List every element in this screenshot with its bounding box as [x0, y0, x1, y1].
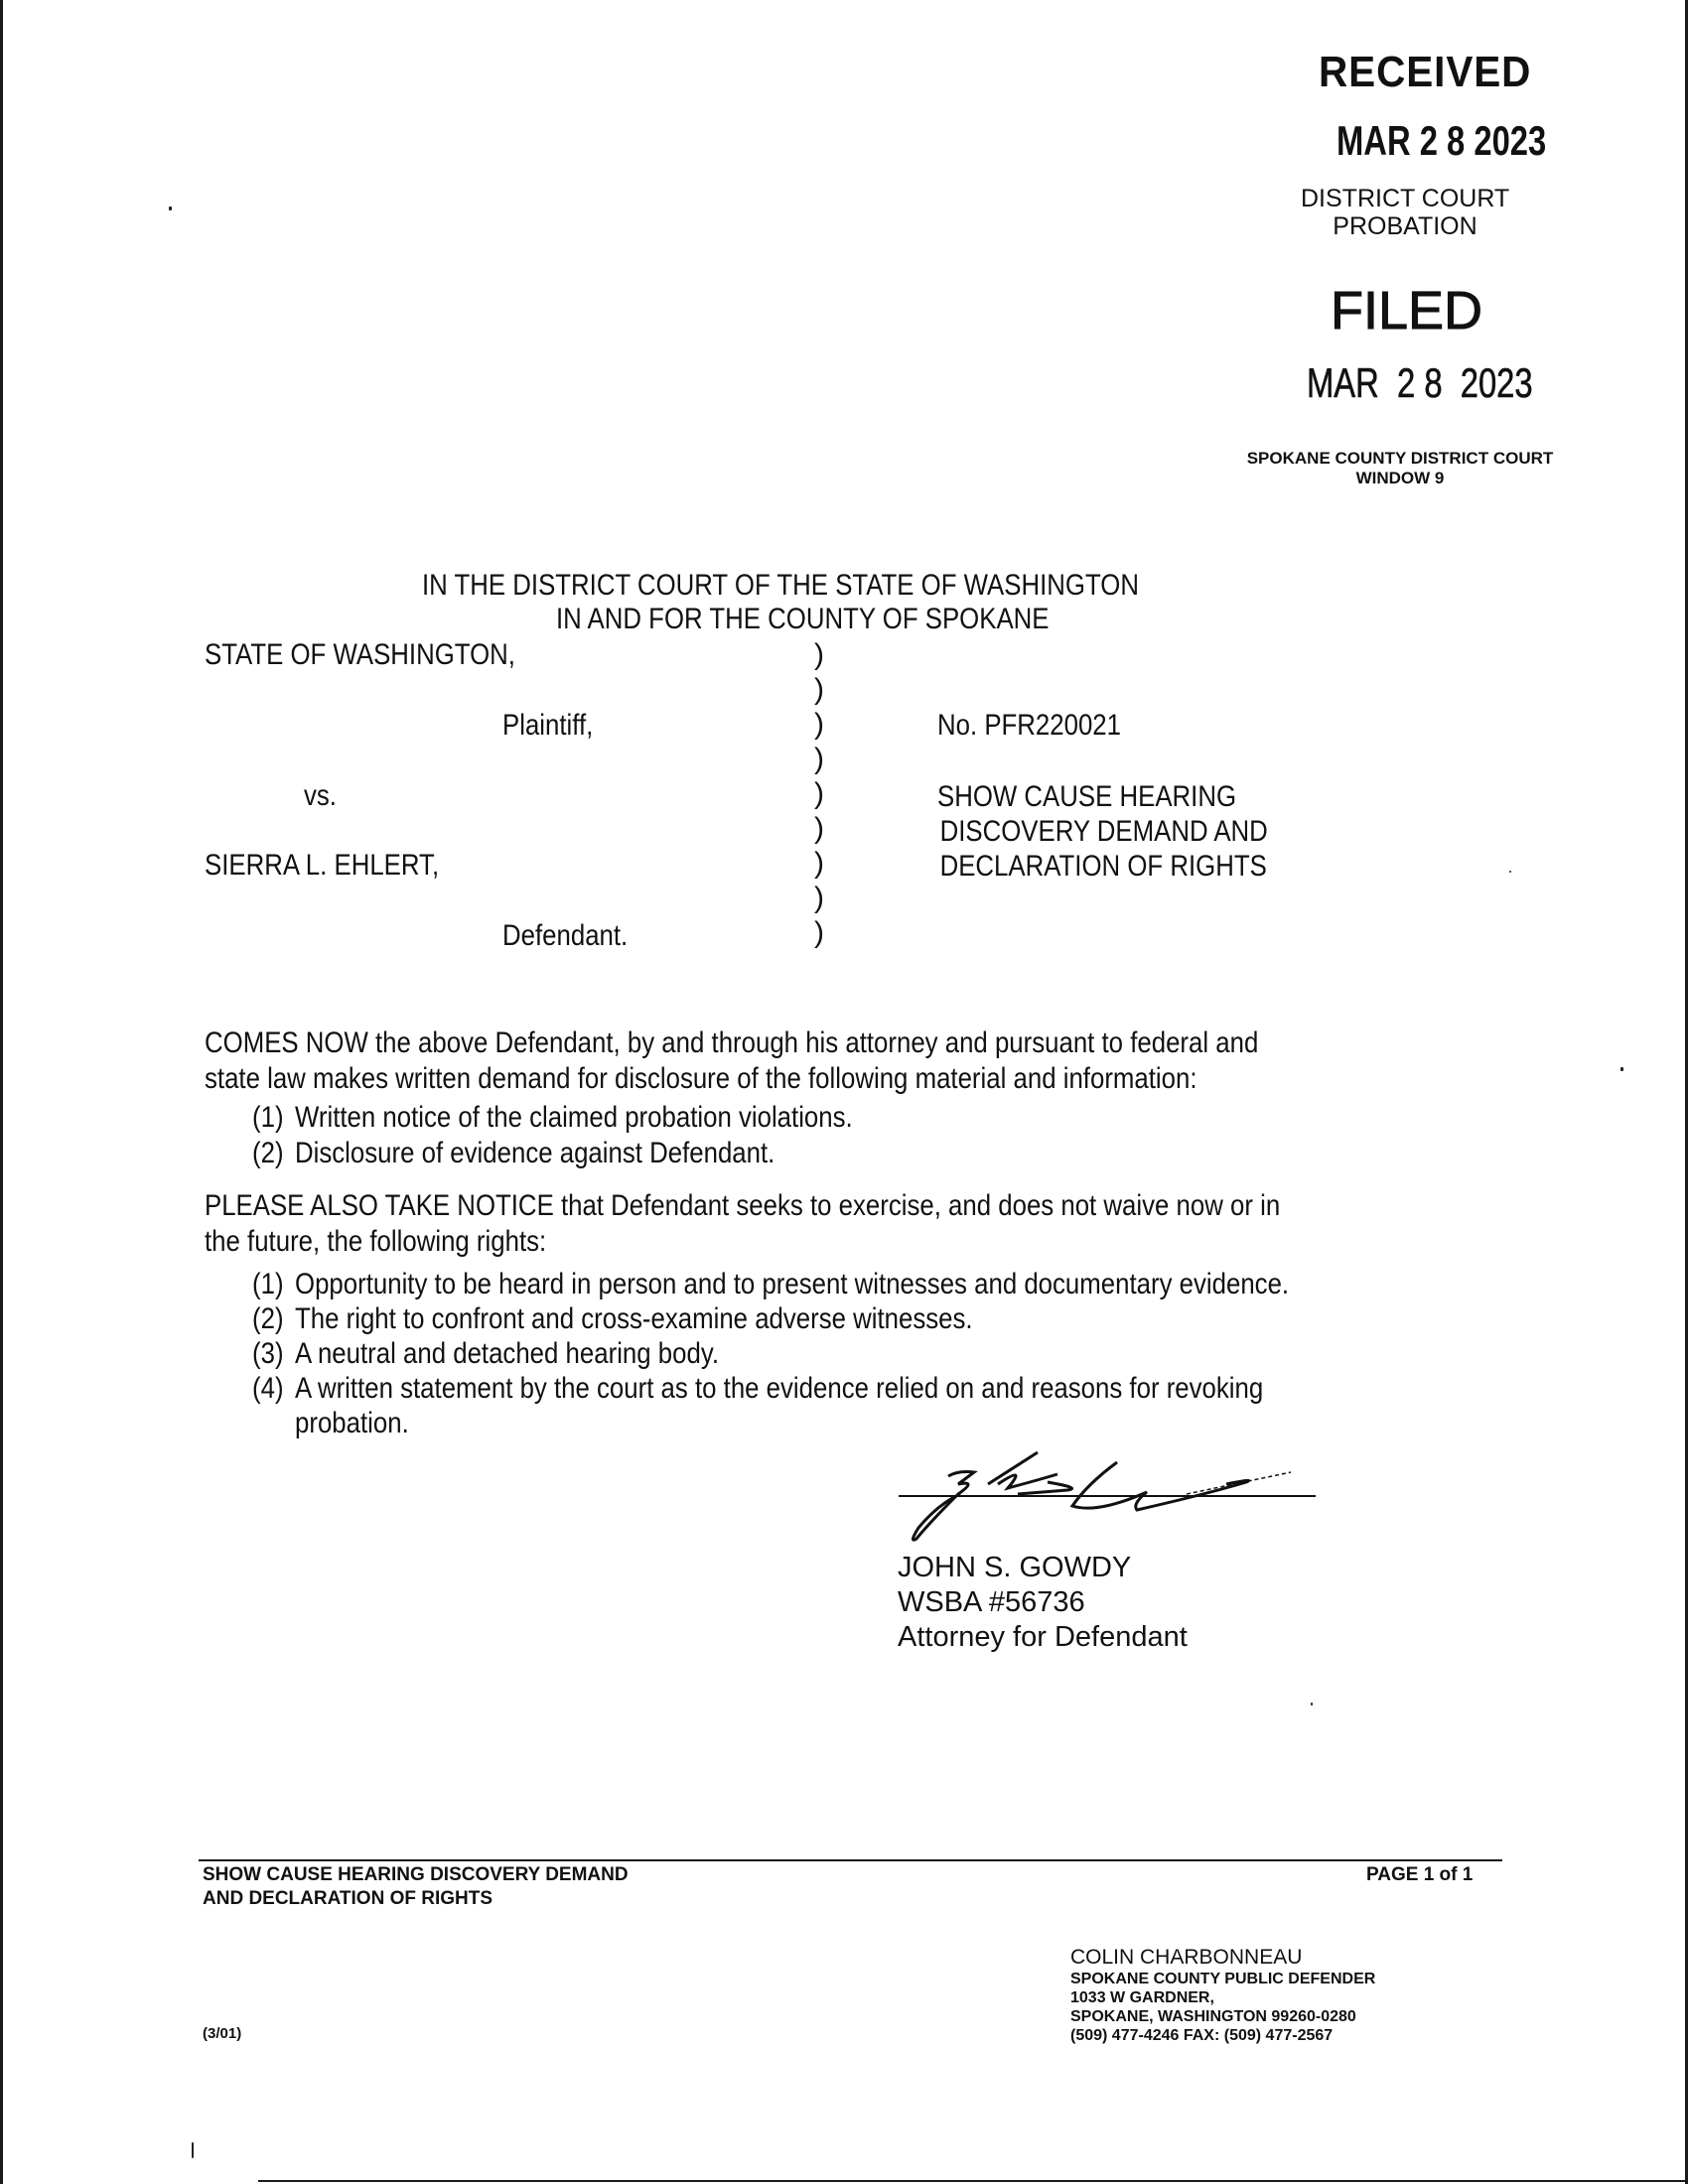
document-title-line2: DISCOVERY DEMAND AND — [937, 814, 1268, 849]
received-stamp-date: MAR 2 8 2023 — [1336, 117, 1546, 165]
page-edge-left — [0, 0, 3, 2184]
footer-title-line1: SHOW CAUSE HEARING DISCOVERY DEMAND — [203, 1863, 629, 1887]
scan-speck — [192, 2142, 194, 2158]
attorney-bar-number: WSBA #56736 — [898, 1585, 1188, 1620]
office-title: SPOKANE COUNTY PUBLIC DEFENDER — [1070, 1970, 1375, 1988]
scan-speck — [1620, 1067, 1623, 1071]
demand-list: (1)Written notice of the claimed probati… — [252, 1100, 853, 1171]
demand-paragraph-line1: COMES NOW the above Defendant, by and th… — [205, 1025, 1258, 1061]
signature-icon — [889, 1444, 1326, 1544]
rights-item-continuation: probation. — [252, 1406, 1289, 1440]
rights-list: (1)Opportunity to be heard in person and… — [252, 1267, 1289, 1440]
notice-paragraph: PLEASE ALSO TAKE NOTICE that Defendant s… — [205, 1188, 1280, 1260]
document-title-line3: DECLARATION OF RIGHTS — [937, 849, 1268, 884]
footer-document-title: SHOW CAUSE HEARING DISCOVERY DEMAND AND … — [203, 1863, 629, 1911]
caption-paren: ) — [814, 811, 824, 846]
defendant-role: Defendant. — [502, 919, 628, 953]
office-address-line2: SPOKANE, WASHINGTON 99260-0280 — [1070, 2007, 1375, 2026]
rights-item: (3)A neutral and detached hearing body. — [252, 1336, 1289, 1371]
received-stamp-line1: DISTRICT COURT — [1301, 185, 1509, 212]
attorney-name: JOHN S. GOWDY — [898, 1551, 1188, 1585]
notice-paragraph-line2: the future, the following rights: — [205, 1224, 1280, 1260]
caption-paren: ) — [814, 707, 824, 742]
page-edge-bottom — [258, 2180, 1688, 2182]
filed-stamp-date: MAR 2 8 2023 — [1307, 359, 1533, 407]
plaintiff-role: Plaintiff, — [502, 709, 593, 743]
caption-paren: ) — [814, 915, 824, 950]
scan-speck — [169, 206, 172, 210]
versus-label: vs. — [304, 779, 337, 813]
rights-item: (1)Opportunity to be heard in person and… — [252, 1267, 1289, 1301]
attorney-role: Attorney for Defendant — [898, 1620, 1188, 1655]
received-stamp-dept: DISTRICT COURT PROBATION — [1301, 185, 1509, 240]
public-defender-office: COLIN CHARBONNEAU SPOKANE COUNTY PUBLIC … — [1070, 1946, 1375, 2045]
caption-paren: ) — [814, 637, 824, 672]
filed-stamp-location: SPOKANE COUNTY DISTRICT COURT WINDOW 9 — [1221, 449, 1579, 488]
caption-paren: ) — [814, 776, 824, 811]
form-code: (3/01) — [203, 2025, 241, 2042]
caption-paren: ) — [814, 881, 824, 915]
rights-item: (4)A written statement by the court as t… — [252, 1371, 1289, 1406]
demand-paragraph: COMES NOW the above Defendant, by and th… — [205, 1025, 1258, 1097]
scan-speck — [1311, 1703, 1313, 1706]
filed-stamp-line1: SPOKANE COUNTY DISTRICT COURT — [1221, 449, 1579, 469]
caption-paren: ) — [814, 846, 824, 881]
document-title-line1: SHOW CAUSE HEARING — [937, 779, 1268, 814]
page-number: PAGE 1 of 1 — [1366, 1863, 1473, 1887]
footer-rule — [199, 1859, 1502, 1861]
demand-paragraph-line2: state law makes written demand for discl… — [205, 1061, 1258, 1097]
case-number: No. PFR220021 — [937, 709, 1121, 743]
attorney-info: JOHN S. GOWDY WSBA #56736 Attorney for D… — [898, 1551, 1188, 1655]
office-director-name: COLIN CHARBONNEAU — [1070, 1946, 1375, 1970]
received-stamp-title: RECEIVED — [1319, 48, 1531, 97]
notice-paragraph-line1: PLEASE ALSO TAKE NOTICE that Defendant s… — [205, 1188, 1280, 1224]
footer-title-line2: AND DECLARATION OF RIGHTS — [203, 1887, 629, 1911]
demand-item: (2)Disclosure of evidence against Defend… — [252, 1136, 853, 1171]
received-stamp-line2: PROBATION — [1301, 212, 1509, 240]
filed-stamp-line2: WINDOW 9 — [1221, 469, 1579, 488]
filed-stamp-title: FILED — [1331, 280, 1482, 341]
caption-paren: ) — [814, 742, 824, 776]
court-heading-line2: IN AND FOR THE COUNTY OF SPOKANE — [556, 603, 1049, 636]
plaintiff-name: STATE OF WASHINGTON, — [205, 638, 515, 672]
court-heading-line1: IN THE DISTRICT COURT OF THE STATE OF WA… — [422, 569, 1139, 603]
scan-speck — [1509, 871, 1511, 873]
rights-item: (2)The right to confront and cross-exami… — [252, 1301, 1289, 1336]
caption-paren-column: ))))))))) — [814, 637, 824, 950]
office-phone-fax: (509) 477-4246 FAX: (509) 477-2567 — [1070, 2026, 1375, 2045]
demand-item: (1)Written notice of the claimed probati… — [252, 1100, 853, 1136]
office-address-line1: 1033 W GARDNER, — [1070, 1988, 1375, 2007]
defendant-name: SIERRA L. EHLERT, — [205, 849, 439, 883]
caption-paren: ) — [814, 672, 824, 707]
document-title: SHOW CAUSE HEARING DISCOVERY DEMAND AND … — [937, 779, 1268, 884]
